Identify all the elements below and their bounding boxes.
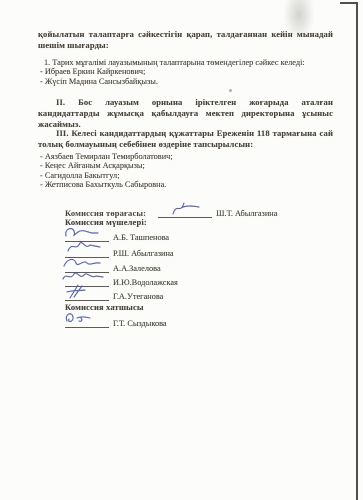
decision3-header: III. Келесі кандидаттардың құжаттары Ере… <box>38 128 333 150</box>
member-name: И.Ю.Водолажская <box>113 278 178 287</box>
scan-edge-line <box>356 2 358 500</box>
decision1-item: - Жүсіп Мадина Сансызбайқызы. <box>40 77 333 86</box>
signature-line <box>65 288 109 301</box>
member-name: Р.Ш. Абылгазина <box>113 249 174 258</box>
signature-line <box>158 205 212 218</box>
secretary-signature-row: Г.Т. Сыздыкова <box>65 315 167 328</box>
secretary-name: Г.Т. Сыздыкова <box>113 319 167 328</box>
signature-line <box>65 315 109 328</box>
member-name: Г.А.Утеганова <box>113 292 163 301</box>
member-name: А.А.Залелова <box>113 264 161 273</box>
decision3-item: - Аязбаев Темирлан Темирболатович; <box>40 152 333 161</box>
signature-squiggle <box>60 309 112 329</box>
decision3-item: - Кеңес Айғаным Асқарқызы; <box>40 161 333 170</box>
signature-squiggle <box>153 199 209 219</box>
decision3-block: - Аязбаев Темирлан Темирболатович; - Кең… <box>38 152 333 190</box>
member-signature-row: Г.А.Утеганова <box>65 288 163 301</box>
decision1-item: - Ибраев Еркин Кайркенович; <box>40 67 333 76</box>
chairman-signature-row: Комиссия төрағасы: Ш.Т. Абылгазина <box>65 204 277 218</box>
chairman-name: Ш.Т. Абылгазина <box>216 209 277 218</box>
decision1-header: 1. Тарих мұғалімі лауазымының талаптарын… <box>44 58 333 67</box>
decision2-paragraph: II. Бос лауазым орнына іріктелген жоғары… <box>38 97 333 130</box>
decision1-block: 1. Тарих мұғалімі лауазымының талаптарын… <box>38 58 333 86</box>
decision3-item: - Жетписова Бахыткуль Сабыровна. <box>40 180 333 189</box>
signature-squiggle <box>60 282 112 302</box>
scanned-document-page: қойылатын талаптарға сәйкестігін қарап, … <box>0 0 363 500</box>
member-name: А.Б. Ташпенова <box>113 233 169 242</box>
intro-paragraph: қойылатын талаптарға сәйкестігін қарап, … <box>38 29 333 51</box>
scan-corner-line <box>340 2 357 4</box>
scan-speck <box>229 89 232 92</box>
decision3-item: - Сагидолла Бакытгул; <box>40 171 333 180</box>
